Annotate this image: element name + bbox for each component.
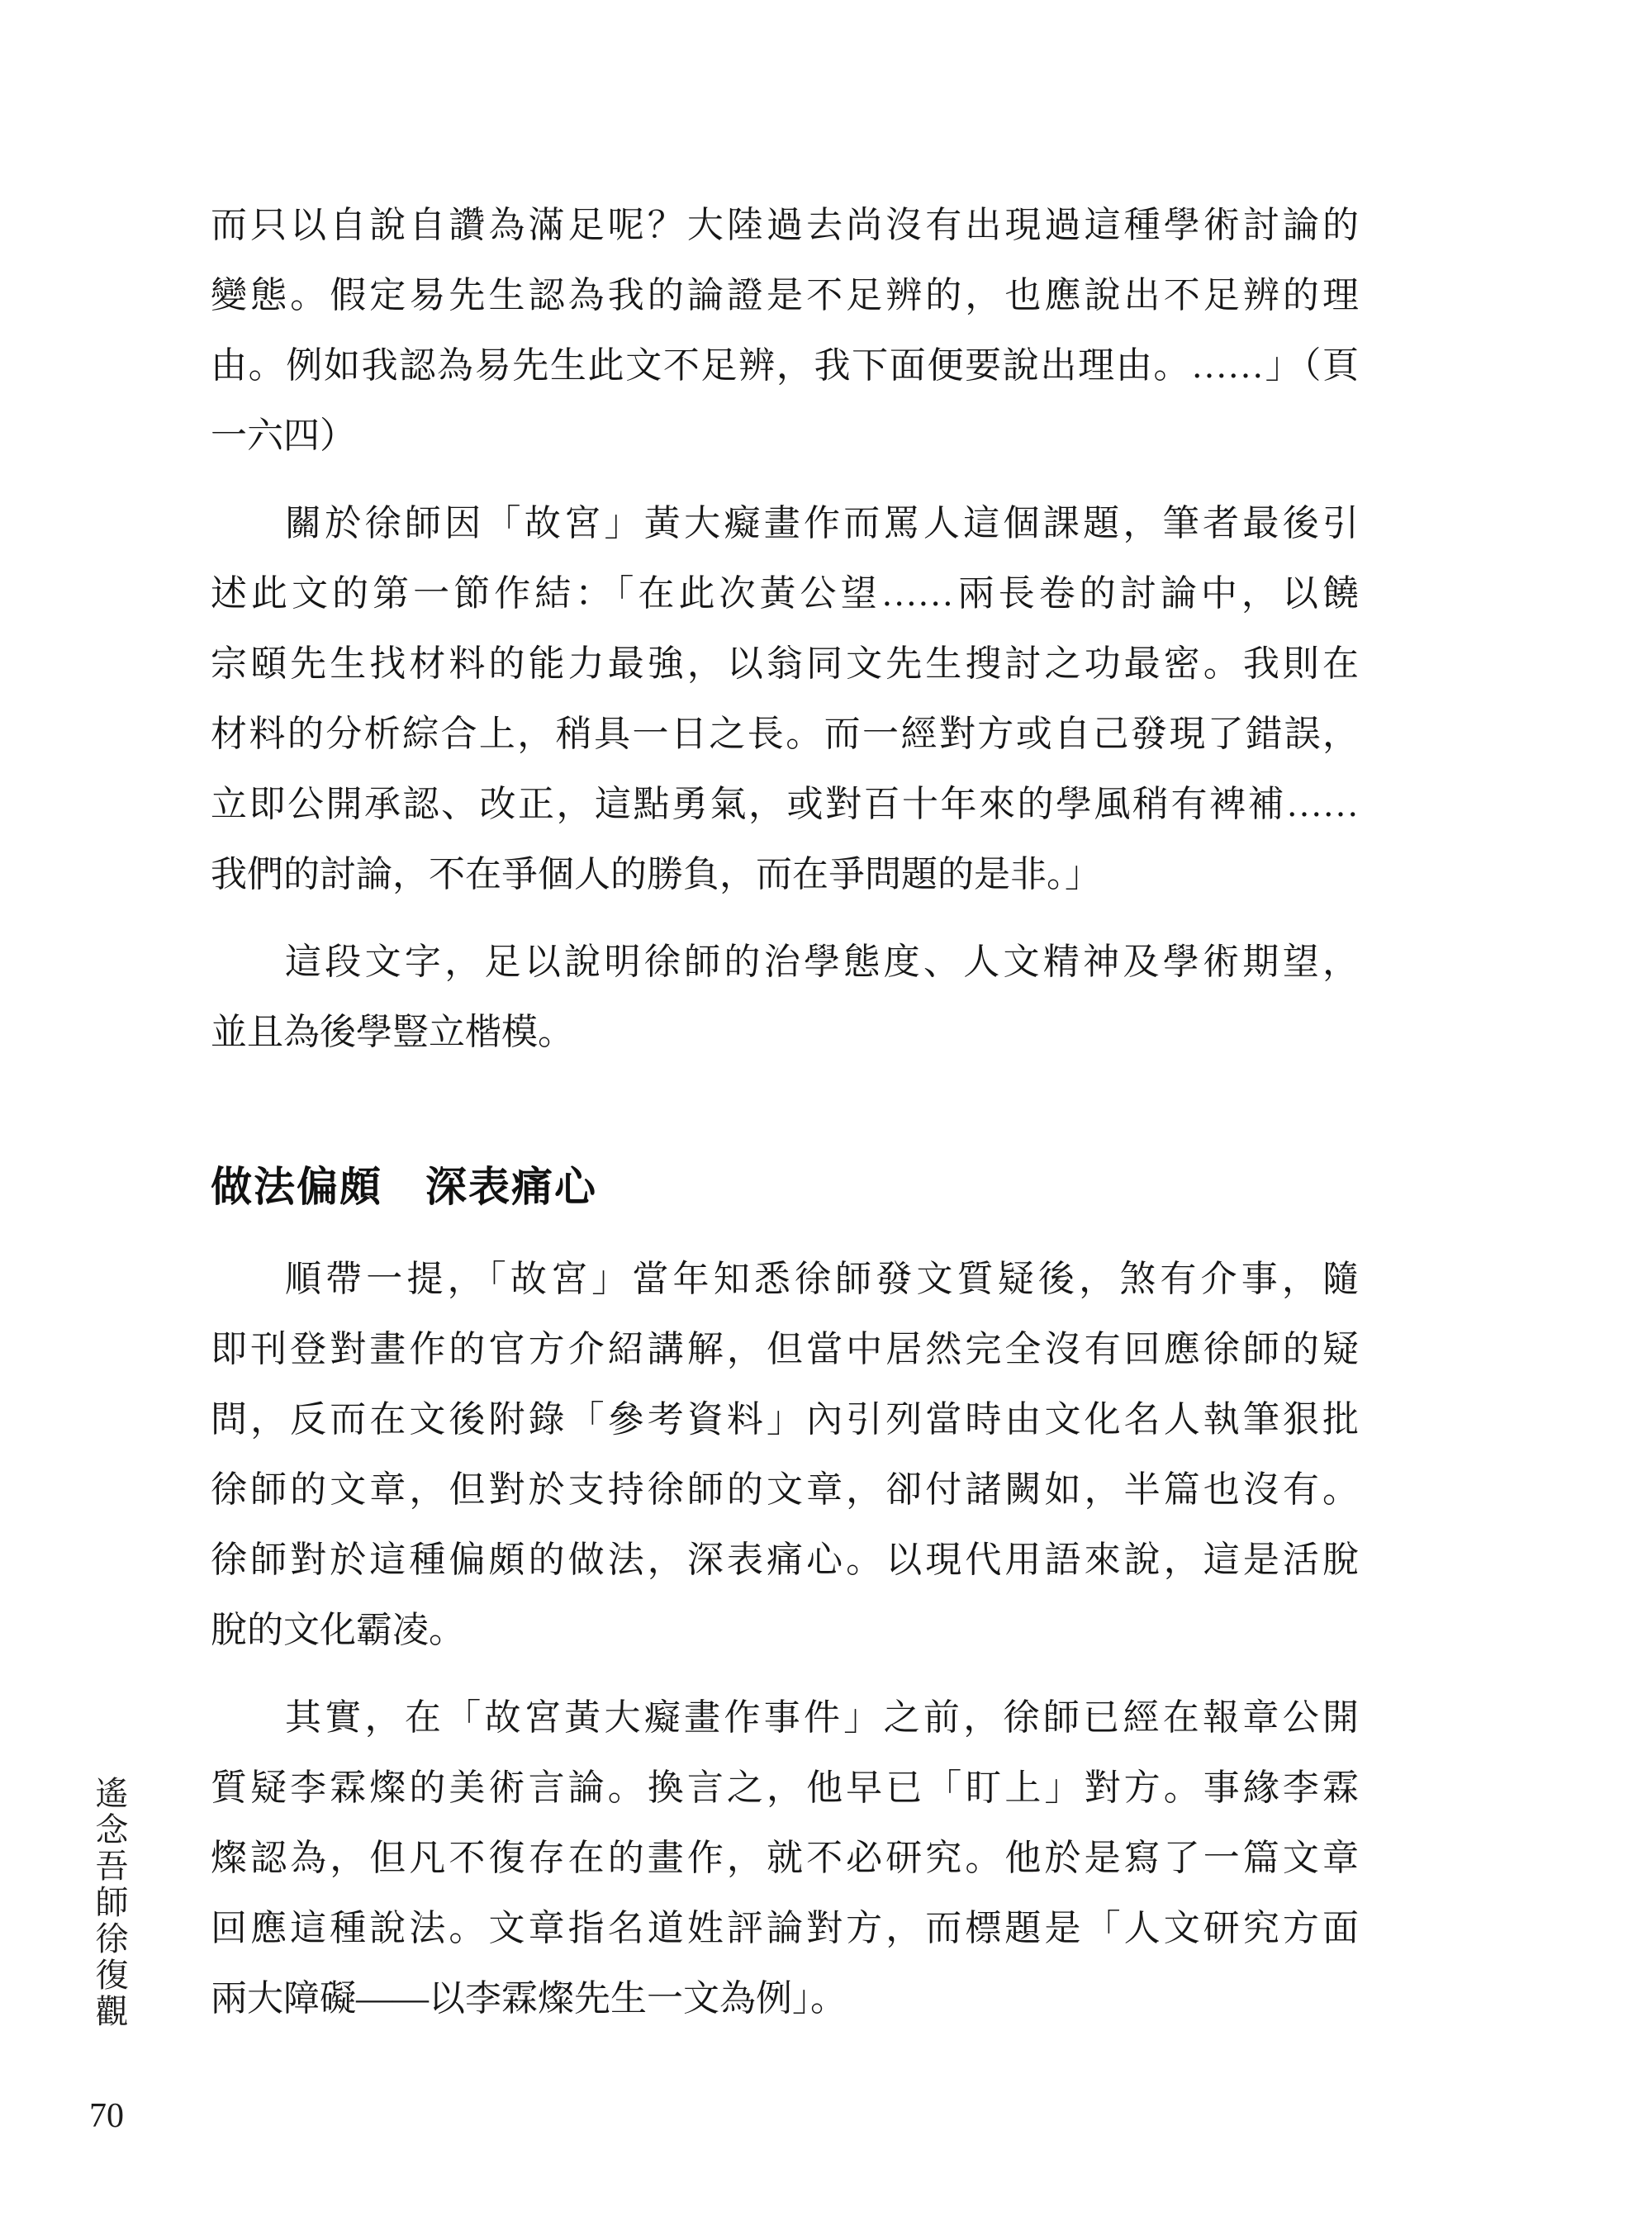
paragraph: 關於徐師因「故宮」黃大癡畫作而罵人這個課題，筆者最後引述此文的第一節作結：「在此…	[211, 488, 1359, 909]
text-line: 其實，在「故宮黃大癡畫作事件」之前，徐師已經在報章公開	[211, 1682, 1359, 1753]
text-line: 材料的分析綜合上，稍具一日之長。而一經對方或自己發現了錯誤，	[211, 699, 1359, 769]
text-line: 一六四）	[211, 401, 1359, 471]
text-line: 而只以自說自讚為滿足呢？大陸過去尚沒有出現過這種學術討論的	[211, 190, 1359, 260]
text-line: 變態。假定易先生認為我的論證是不足辨的，也應說出不足辨的理	[211, 260, 1359, 330]
paragraph: 順帶一提，「故宮」當年知悉徐師發文質疑後，煞有介事，隨即刊登對畫作的官方介紹講解…	[211, 1244, 1359, 1665]
text-line: 回應這種說法。文章指名道姓評論對方，而標題是「人文研究方面	[211, 1893, 1359, 1963]
text-line: 燦認為，但凡不復存在的畫作，就不必研究。他於是寫了一篇文章	[211, 1823, 1359, 1893]
text-line: 宗頤先生找材料的能力最強，以翁同文先生搜討之功最密。我則在	[211, 629, 1359, 699]
text-line: 關於徐師因「故宮」黃大癡畫作而罵人這個課題，筆者最後引	[211, 488, 1359, 558]
text-line: 脫的文化霸凌。	[211, 1595, 1359, 1665]
text-line: 徐師對於這種偏頗的做法，深表痛心。以現代用語來說，這是活脫	[211, 1525, 1359, 1595]
section-heading: 做法偏頗 深表痛心	[211, 1152, 1359, 1222]
text-line: 述此文的第一節作結：「在此次黃公望……兩長卷的討論中，以饒	[211, 558, 1359, 629]
paragraph: 其實，在「故宮黃大癡畫作事件」之前，徐師已經在報章公開質疑李霖燦的美術言論。換言…	[211, 1682, 1359, 2033]
text-line: 順帶一提，「故宮」當年知悉徐師發文質疑後，煞有介事，隨	[211, 1244, 1359, 1314]
text-line: 並且為後學豎立楷模。	[211, 997, 1359, 1067]
page-body-text: 而只以自說自讚為滿足呢？大陸過去尚沒有出現過這種學術討論的變態。假定易先生認為我…	[211, 190, 1359, 2033]
book-page: 而只以自說自讚為滿足呢？大陸過去尚沒有出現過這種學術討論的變態。假定易先生認為我…	[0, 0, 1652, 2235]
text-line: 立即公開承認、改正，這點勇氣，或對百十年來的學風稍有裨補……	[211, 769, 1359, 839]
text-line: 問，反而在文後附錄「參考資料」內引列當時由文化名人執筆狠批	[211, 1384, 1359, 1454]
text-line: 即刊登對畫作的官方介紹講解，但當中居然完全沒有回應徐師的疑	[211, 1314, 1359, 1384]
text-line: 兩大障礙——以李霖燦先生一文為例」。	[211, 1963, 1359, 2033]
paragraph: 這段文字，足以說明徐師的治學態度、人文精神及學術期望，並且為後學豎立楷模。	[211, 927, 1359, 1067]
text-line: 徐師的文章，但對於支持徐師的文章，卻付諸闕如，半篇也沒有。	[211, 1454, 1359, 1525]
paragraph: 而只以自說自讚為滿足呢？大陸過去尚沒有出現過這種學術討論的變態。假定易先生認為我…	[211, 190, 1359, 471]
text-line: 這段文字，足以說明徐師的治學態度、人文精神及學術期望，	[211, 927, 1359, 997]
running-title: 遙念吾師徐復觀	[86, 1776, 133, 2030]
text-line: 質疑李霖燦的美術言論。換言之，他早已「盯上」對方。事緣李霖	[211, 1753, 1359, 1823]
text-line: 我們的討論，不在爭個人的勝負，而在爭問題的是非。」	[211, 839, 1359, 909]
page-number: 70	[89, 2096, 124, 2136]
text-line: 由。例如我認為易先生此文不足辨，我下面便要說出理由。……」（頁	[211, 330, 1359, 401]
